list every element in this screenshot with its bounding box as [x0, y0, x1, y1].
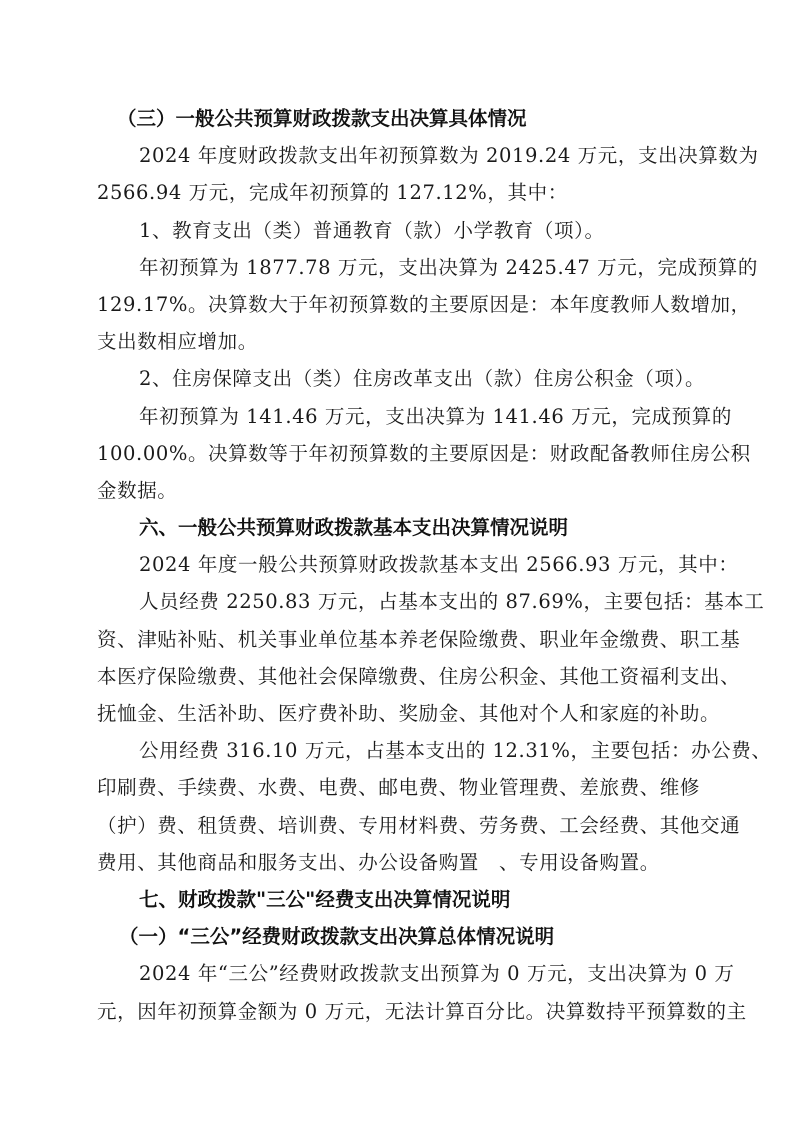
paragraph-personnel-expenses: 人员经费 2250.83 万元，占基本支出的 87.69%，主要包括：基本工 资…	[97, 583, 699, 732]
paragraph-overall-budget: 2024 年度财政拨款支出年初预算数为 2019.24 万元，支出决算数为 25…	[97, 137, 699, 211]
paragraph-line: 公用经费 316.10 万元，占基本支出的 12.31%，主要包括：办公费、	[97, 732, 699, 769]
paragraph-line: 2024 年“三公”经费财政拨款支出预算为 0 万元，支出决算为 0 万	[97, 955, 699, 992]
paragraph-line: 元，因年初预算金额为 0 万元，无法计算百分比。决算数持平预算数的主	[97, 993, 699, 1030]
paragraph-line: 金数据。	[97, 472, 699, 509]
paragraph-line: 资、津贴补贴、机关事业单位基本养老保险缴费、职业年金缴费、职工基	[97, 621, 699, 658]
paragraph-line: 年初预算为 141.46 万元，支出决算为 141.46 万元，完成预算的	[97, 398, 699, 435]
paragraph-line: 人员经费 2250.83 万元，占基本支出的 87.69%，主要包括：基本工	[97, 583, 699, 620]
section-heading-7-three-public-expenses: 七、财政拨款"三公"经费支出决算情况说明	[97, 881, 699, 918]
paragraph-line: （护）费、租赁费、培训费、专用材料费、劳务费、工会经费、其他交通	[97, 807, 699, 844]
paragraph-line: 费用、其他商品和服务支出、办公设备购置 、专用设备购置。	[97, 844, 699, 881]
paragraph-line: 1、教育支出（类）普通教育（款）小学教育（项）。	[97, 212, 699, 249]
paragraph-education-detail: 年初预算为 1877.78 万元，支出决算为 2425.47 万元，完成预算的 …	[97, 249, 699, 361]
paragraph-line: 2024 年度财政拨款支出年初预算数为 2019.24 万元，支出决算数为	[97, 137, 699, 174]
section-heading-3-general-budget-detail: （三）一般公共预算财政拨款支出决算具体情况	[97, 100, 699, 137]
paragraph-line: 本医疗保险缴费、其他社会保障缴费、住房公积金、其他工资福利支出、	[97, 658, 699, 695]
paragraph-line: 2566.94 万元，完成年初预算的 127.12%，其中：	[97, 174, 699, 211]
paragraph-line: 129.17%。决算数大于年初预算数的主要原因是：本年度教师人数增加，	[97, 286, 699, 323]
paragraph-line: 2024 年度一般公共预算财政拨款基本支出 2566.93 万元，其中：	[97, 546, 699, 583]
section-heading-6-basic-expenditure: 六、一般公共预算财政拨款基本支出决算情况说明	[97, 509, 699, 546]
paragraph-line: 2、住房保障支出（类）住房改革支出（款）住房公积金（项）。	[97, 360, 699, 397]
paragraph-public-expenses: 公用经费 316.10 万元，占基本支出的 12.31%，主要包括：办公费、 印…	[97, 732, 699, 881]
document-page: （三）一般公共预算财政拨款支出决算具体情况 2024 年度财政拨款支出年初预算数…	[97, 100, 699, 1030]
subsection-heading-1-overall-three-public: （一）“三公”经费财政拨款支出决算总体情况说明	[97, 918, 699, 955]
paragraph-line: 支出数相应增加。	[97, 323, 699, 360]
paragraph-line: 抚恤金、生活补助、医疗费补助、奖励金、其他对个人和家庭的补助。	[97, 695, 699, 732]
paragraph-item-education: 1、教育支出（类）普通教育（款）小学教育（项）。	[97, 212, 699, 249]
paragraph-line: 印刷费、手续费、水费、电费、邮电费、物业管理费、差旅费、维修	[97, 769, 699, 806]
paragraph-line: 年初预算为 1877.78 万元，支出决算为 2425.47 万元，完成预算的	[97, 249, 699, 286]
paragraph-three-public-overall: 2024 年“三公”经费财政拨款支出预算为 0 万元，支出决算为 0 万 元，因…	[97, 955, 699, 1029]
paragraph-line: 100.00%。决算数等于年初预算数的主要原因是：财政配备教师住房公积	[97, 435, 699, 472]
paragraph-basic-expenditure-total: 2024 年度一般公共预算财政拨款基本支出 2566.93 万元，其中：	[97, 546, 699, 583]
paragraph-housing-detail: 年初预算为 141.46 万元，支出决算为 141.46 万元，完成预算的 10…	[97, 398, 699, 510]
paragraph-item-housing: 2、住房保障支出（类）住房改革支出（款）住房公积金（项）。	[97, 360, 699, 397]
